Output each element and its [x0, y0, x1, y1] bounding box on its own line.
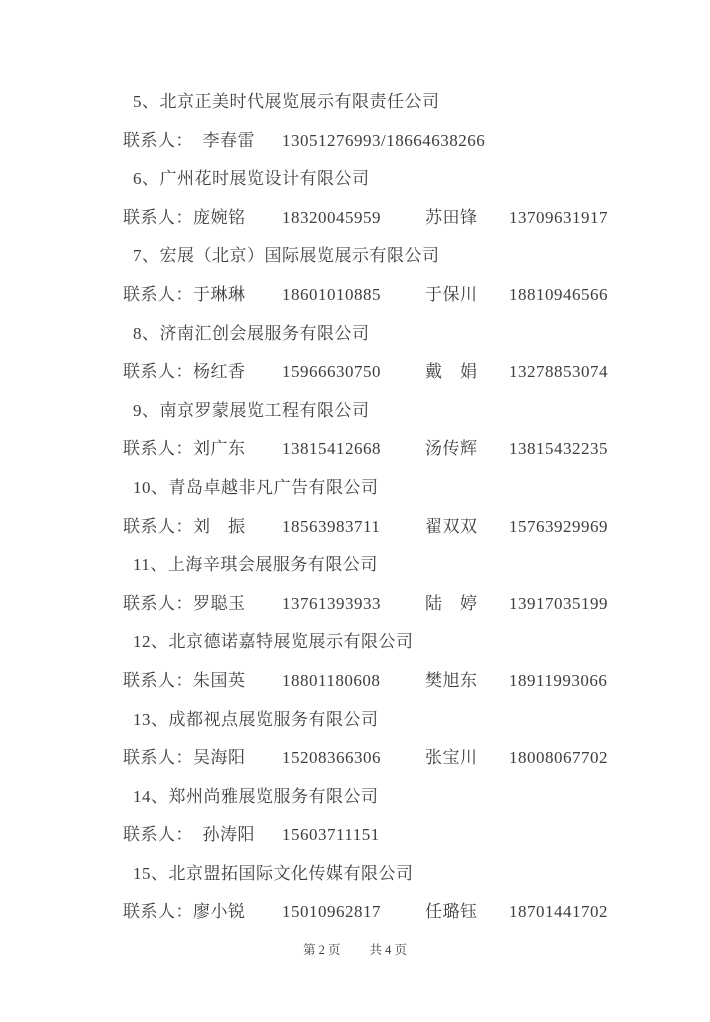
contact-phone-1: 15010962817 [282, 893, 425, 932]
company-name: 10、青岛卓越非凡广告有限公司 [133, 469, 663, 508]
contact-name-2: 于保川 [425, 276, 509, 315]
company-name: 5、北京正美时代展览展示有限责任公司 [133, 83, 663, 122]
contact-phone-1: 18563983711 [282, 508, 425, 547]
contact-person-cell: 联系人：廖小锐 [123, 893, 282, 932]
document-page: 5、北京正美时代展览展示有限责任公司 联系人： 李春雷13051276993/1… [0, 0, 710, 1022]
contact-phone-2: 15763929969 [509, 508, 663, 547]
footer-total-pages: 共 4 页 [370, 940, 408, 960]
contact-phone-2: 13278853074 [509, 353, 663, 392]
contact-name-2: 翟双双 [425, 508, 509, 547]
directory-entry: 13、成都视点展览服务有限公司 联系人：吴海阳15208366306张宝川180… [123, 701, 663, 778]
company-name: 12、北京德诺嘉特展览展示有限公司 [133, 623, 663, 662]
contact-name-1: 孙涛阳 [203, 825, 256, 844]
contact-label: 联系人： [123, 439, 193, 458]
contact-name-1: 杨红香 [193, 362, 246, 381]
company-name: 7、宏展（北京）国际展览展示有限公司 [133, 237, 663, 276]
contact-phone-2: 18911993066 [509, 662, 663, 701]
contact-name-2: 樊旭东 [425, 662, 509, 701]
contact-row: 联系人：朱国英18801180608樊旭东18911993066 [123, 662, 663, 701]
contact-name-1: 刘 振 [193, 517, 246, 536]
contact-label: 联系人： [123, 131, 203, 150]
contact-row: 联系人： 孙涛阳15603711151 [123, 816, 663, 855]
company-name: 11、上海辛琪会展服务有限公司 [133, 546, 663, 585]
company-name: 6、广州花时展览设计有限公司 [133, 160, 663, 199]
contact-row: 联系人：庞婉铭18320045959苏田锋13709631917 [123, 199, 663, 238]
contact-person-cell: 联系人：杨红香 [123, 353, 282, 392]
directory-entry: 8、济南汇创会展服务有限公司 联系人：杨红香15966630750戴 娟1327… [123, 315, 663, 392]
contact-phone-1: 13051276993/18664638266 [282, 122, 425, 161]
contact-label: 联系人： [123, 671, 193, 690]
footer-current-page: 第 2 页 [303, 940, 341, 960]
contact-phone-2: 13917035199 [509, 585, 663, 624]
contact-name-2: 苏田锋 [425, 199, 509, 238]
contact-name-1: 廖小锐 [193, 902, 246, 921]
contact-person-cell: 联系人：于琳琳 [123, 276, 282, 315]
contact-row: 联系人： 李春雷13051276993/18664638266 [123, 122, 663, 161]
contact-person-cell: 联系人：朱国英 [123, 662, 282, 701]
contact-name-1: 庞婉铭 [193, 208, 246, 227]
contact-row: 联系人：于琳琳18601010885于保川18810946566 [123, 276, 663, 315]
contact-phone-2: 18701441702 [509, 893, 663, 932]
contact-row: 联系人：吴海阳15208366306张宝川18008067702 [123, 739, 663, 778]
contact-person-cell: 联系人：刘 振 [123, 508, 282, 547]
contact-phone-1: 13761393933 [282, 585, 425, 624]
contact-phone-1: 15966630750 [282, 353, 425, 392]
contact-row: 联系人：刘广东13815412668汤传辉13815432235 [123, 430, 663, 469]
contact-phone-2: 13815432235 [509, 430, 663, 469]
contact-label: 联系人： [123, 825, 203, 844]
contact-phone-1: 15208366306 [282, 739, 425, 778]
contact-name-2: 张宝川 [425, 739, 509, 778]
contact-phone-2: 13709631917 [509, 199, 663, 238]
contact-row: 联系人：刘 振18563983711翟双双15763929969 [123, 508, 663, 547]
contact-person-cell: 联系人： 孙涛阳 [123, 816, 282, 855]
contact-phone-1: 18320045959 [282, 199, 425, 238]
contact-name-1: 李春雷 [203, 131, 256, 150]
contact-person-cell: 联系人：刘广东 [123, 430, 282, 469]
contact-phone-2: 18810946566 [509, 276, 663, 315]
contact-phone-1: 15603711151 [282, 816, 425, 855]
contact-phone-1: 18801180608 [282, 662, 425, 701]
contact-name-2: 戴 娟 [425, 353, 509, 392]
contact-label: 联系人： [123, 594, 193, 613]
company-name: 9、南京罗蒙展览工程有限公司 [133, 392, 663, 431]
contact-row: 联系人：罗聪玉13761393933陆 婷13917035199 [123, 585, 663, 624]
contact-name-2: 陆 婷 [425, 585, 509, 624]
contact-row: 联系人：杨红香15966630750戴 娟13278853074 [123, 353, 663, 392]
directory-entry: 9、南京罗蒙展览工程有限公司 联系人：刘广东13815412668汤传辉1381… [123, 392, 663, 469]
contact-name-1: 罗聪玉 [193, 594, 246, 613]
page-footer: 第 2 页共 4 页 [0, 940, 710, 960]
directory-entry: 12、北京德诺嘉特展览展示有限公司 联系人：朱国英18801180608樊旭东1… [123, 623, 663, 700]
directory-entry: 5、北京正美时代展览展示有限责任公司 联系人： 李春雷13051276993/1… [123, 83, 663, 160]
contact-directory: 5、北京正美时代展览展示有限责任公司 联系人： 李春雷13051276993/1… [123, 83, 663, 932]
contact-name-2: 任璐钰 [425, 893, 509, 932]
contact-person-cell: 联系人：吴海阳 [123, 739, 282, 778]
contact-label: 联系人： [123, 208, 193, 227]
company-name: 8、济南汇创会展服务有限公司 [133, 315, 663, 354]
directory-entry: 10、青岛卓越非凡广告有限公司 联系人：刘 振18563983711翟双双157… [123, 469, 663, 546]
contact-label: 联系人： [123, 285, 193, 304]
directory-entry: 11、上海辛琪会展服务有限公司 联系人：罗聪玉13761393933陆 婷139… [123, 546, 663, 623]
contact-row: 联系人：廖小锐15010962817任璐钰18701441702 [123, 893, 663, 932]
contact-person-cell: 联系人：罗聪玉 [123, 585, 282, 624]
directory-entry: 7、宏展（北京）国际展览展示有限公司 联系人：于琳琳18601010885于保川… [123, 237, 663, 314]
company-name: 14、郑州尚雅展览服务有限公司 [133, 778, 663, 817]
contact-label: 联系人： [123, 362, 193, 381]
directory-entry: 14、郑州尚雅展览服务有限公司 联系人： 孙涛阳15603711151 [123, 778, 663, 855]
contact-name-1: 刘广东 [193, 439, 246, 458]
company-name: 13、成都视点展览服务有限公司 [133, 701, 663, 740]
company-name: 15、北京盟拓国际文化传媒有限公司 [133, 855, 663, 894]
contact-name-2: 汤传辉 [425, 430, 509, 469]
contact-person-cell: 联系人： 李春雷 [123, 122, 282, 161]
contact-phone-1: 18601010885 [282, 276, 425, 315]
contact-phone-2: 18008067702 [509, 739, 663, 778]
contact-name-1: 吴海阳 [193, 748, 246, 767]
contact-label: 联系人： [123, 902, 193, 921]
contact-name-1: 于琳琳 [193, 285, 246, 304]
contact-name-1: 朱国英 [193, 671, 246, 690]
contact-label: 联系人： [123, 517, 193, 536]
directory-entry: 15、北京盟拓国际文化传媒有限公司 联系人：廖小锐15010962817任璐钰1… [123, 855, 663, 932]
contact-phone-1: 13815412668 [282, 430, 425, 469]
contact-label: 联系人： [123, 748, 193, 767]
contact-person-cell: 联系人：庞婉铭 [123, 199, 282, 238]
directory-entry: 6、广州花时展览设计有限公司 联系人：庞婉铭18320045959苏田锋1370… [123, 160, 663, 237]
